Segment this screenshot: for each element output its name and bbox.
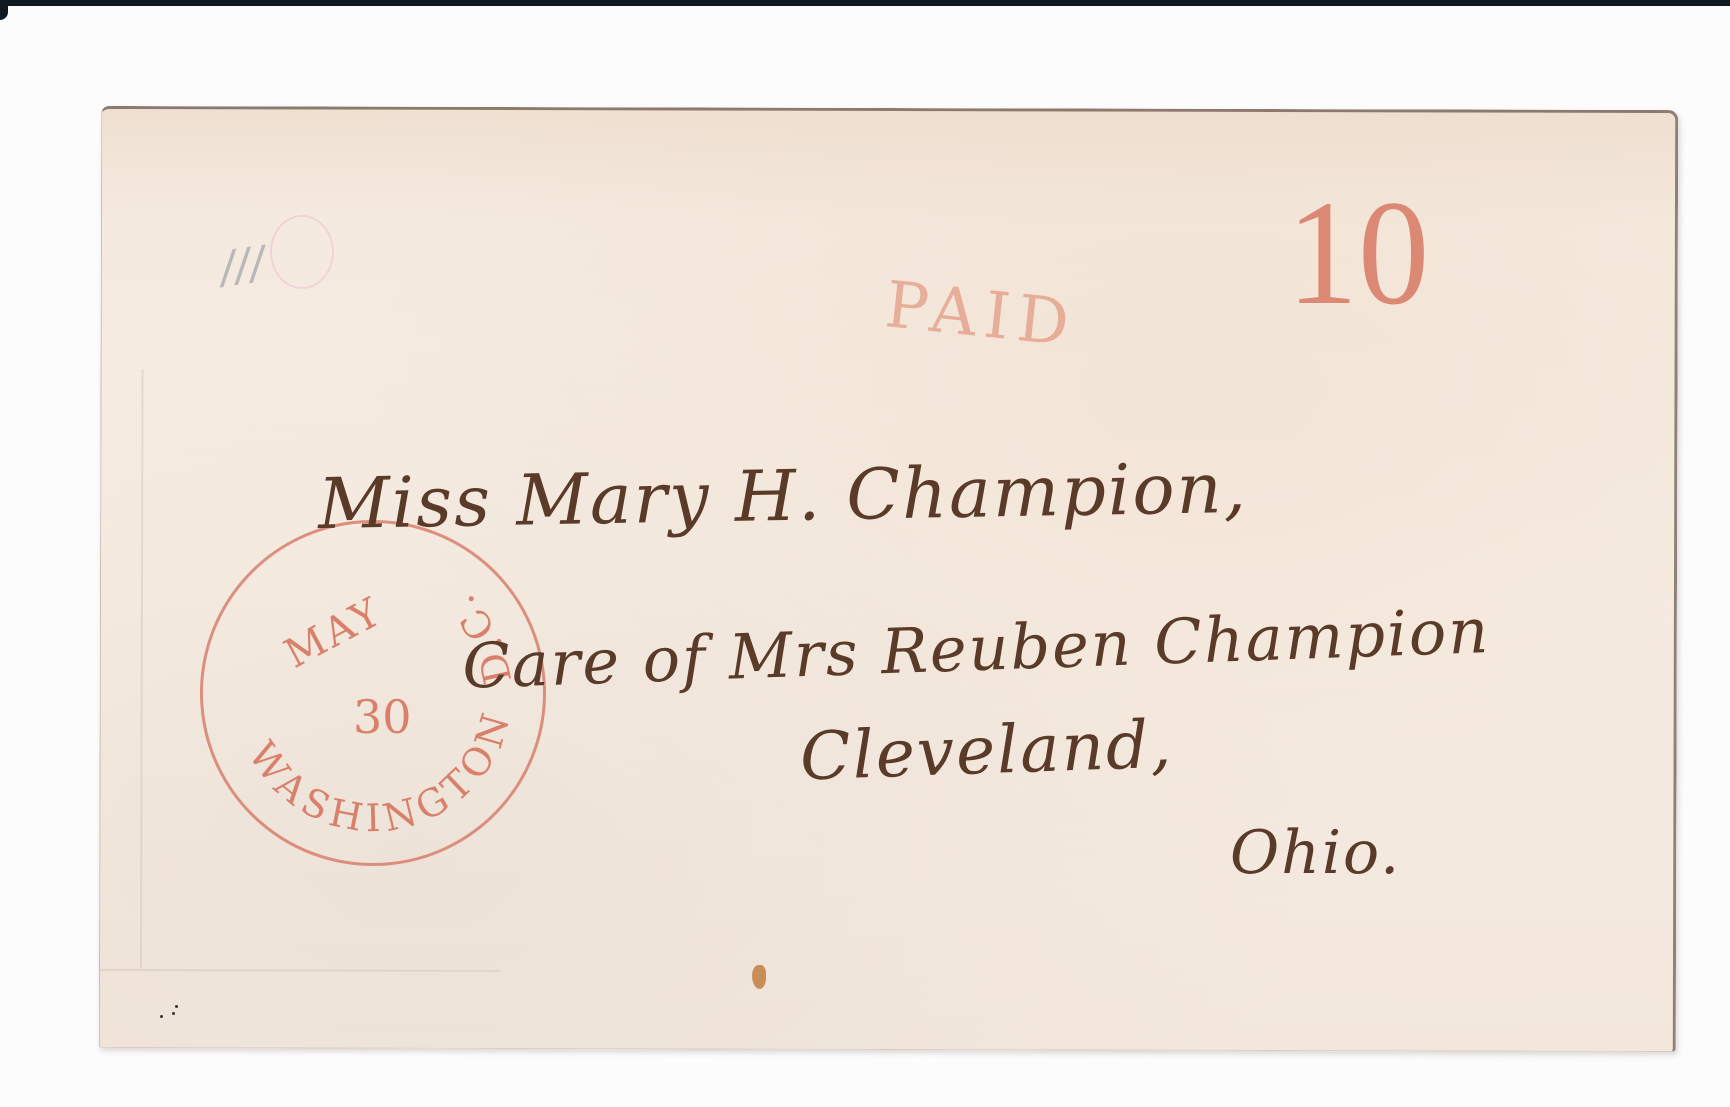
rate-handstamp: 10 — [1287, 178, 1430, 328]
address-city: Cleveland, — [799, 706, 1175, 796]
postmark-day: 30 — [353, 690, 412, 744]
scanner-top-edge — [0, 0, 1730, 6]
ink-spot — [752, 965, 766, 989]
fold-crease — [100, 969, 500, 972]
speck — [160, 1015, 163, 1018]
faint-pink-mark — [270, 215, 334, 289]
fold-crease — [140, 369, 144, 969]
pencil-notation: /// — [217, 237, 268, 294]
speck — [175, 1005, 178, 1008]
address-state: Ohio. — [1230, 818, 1401, 888]
address-recipient: Miss Mary H. Champion, — [317, 447, 1248, 545]
speck — [172, 1012, 175, 1015]
